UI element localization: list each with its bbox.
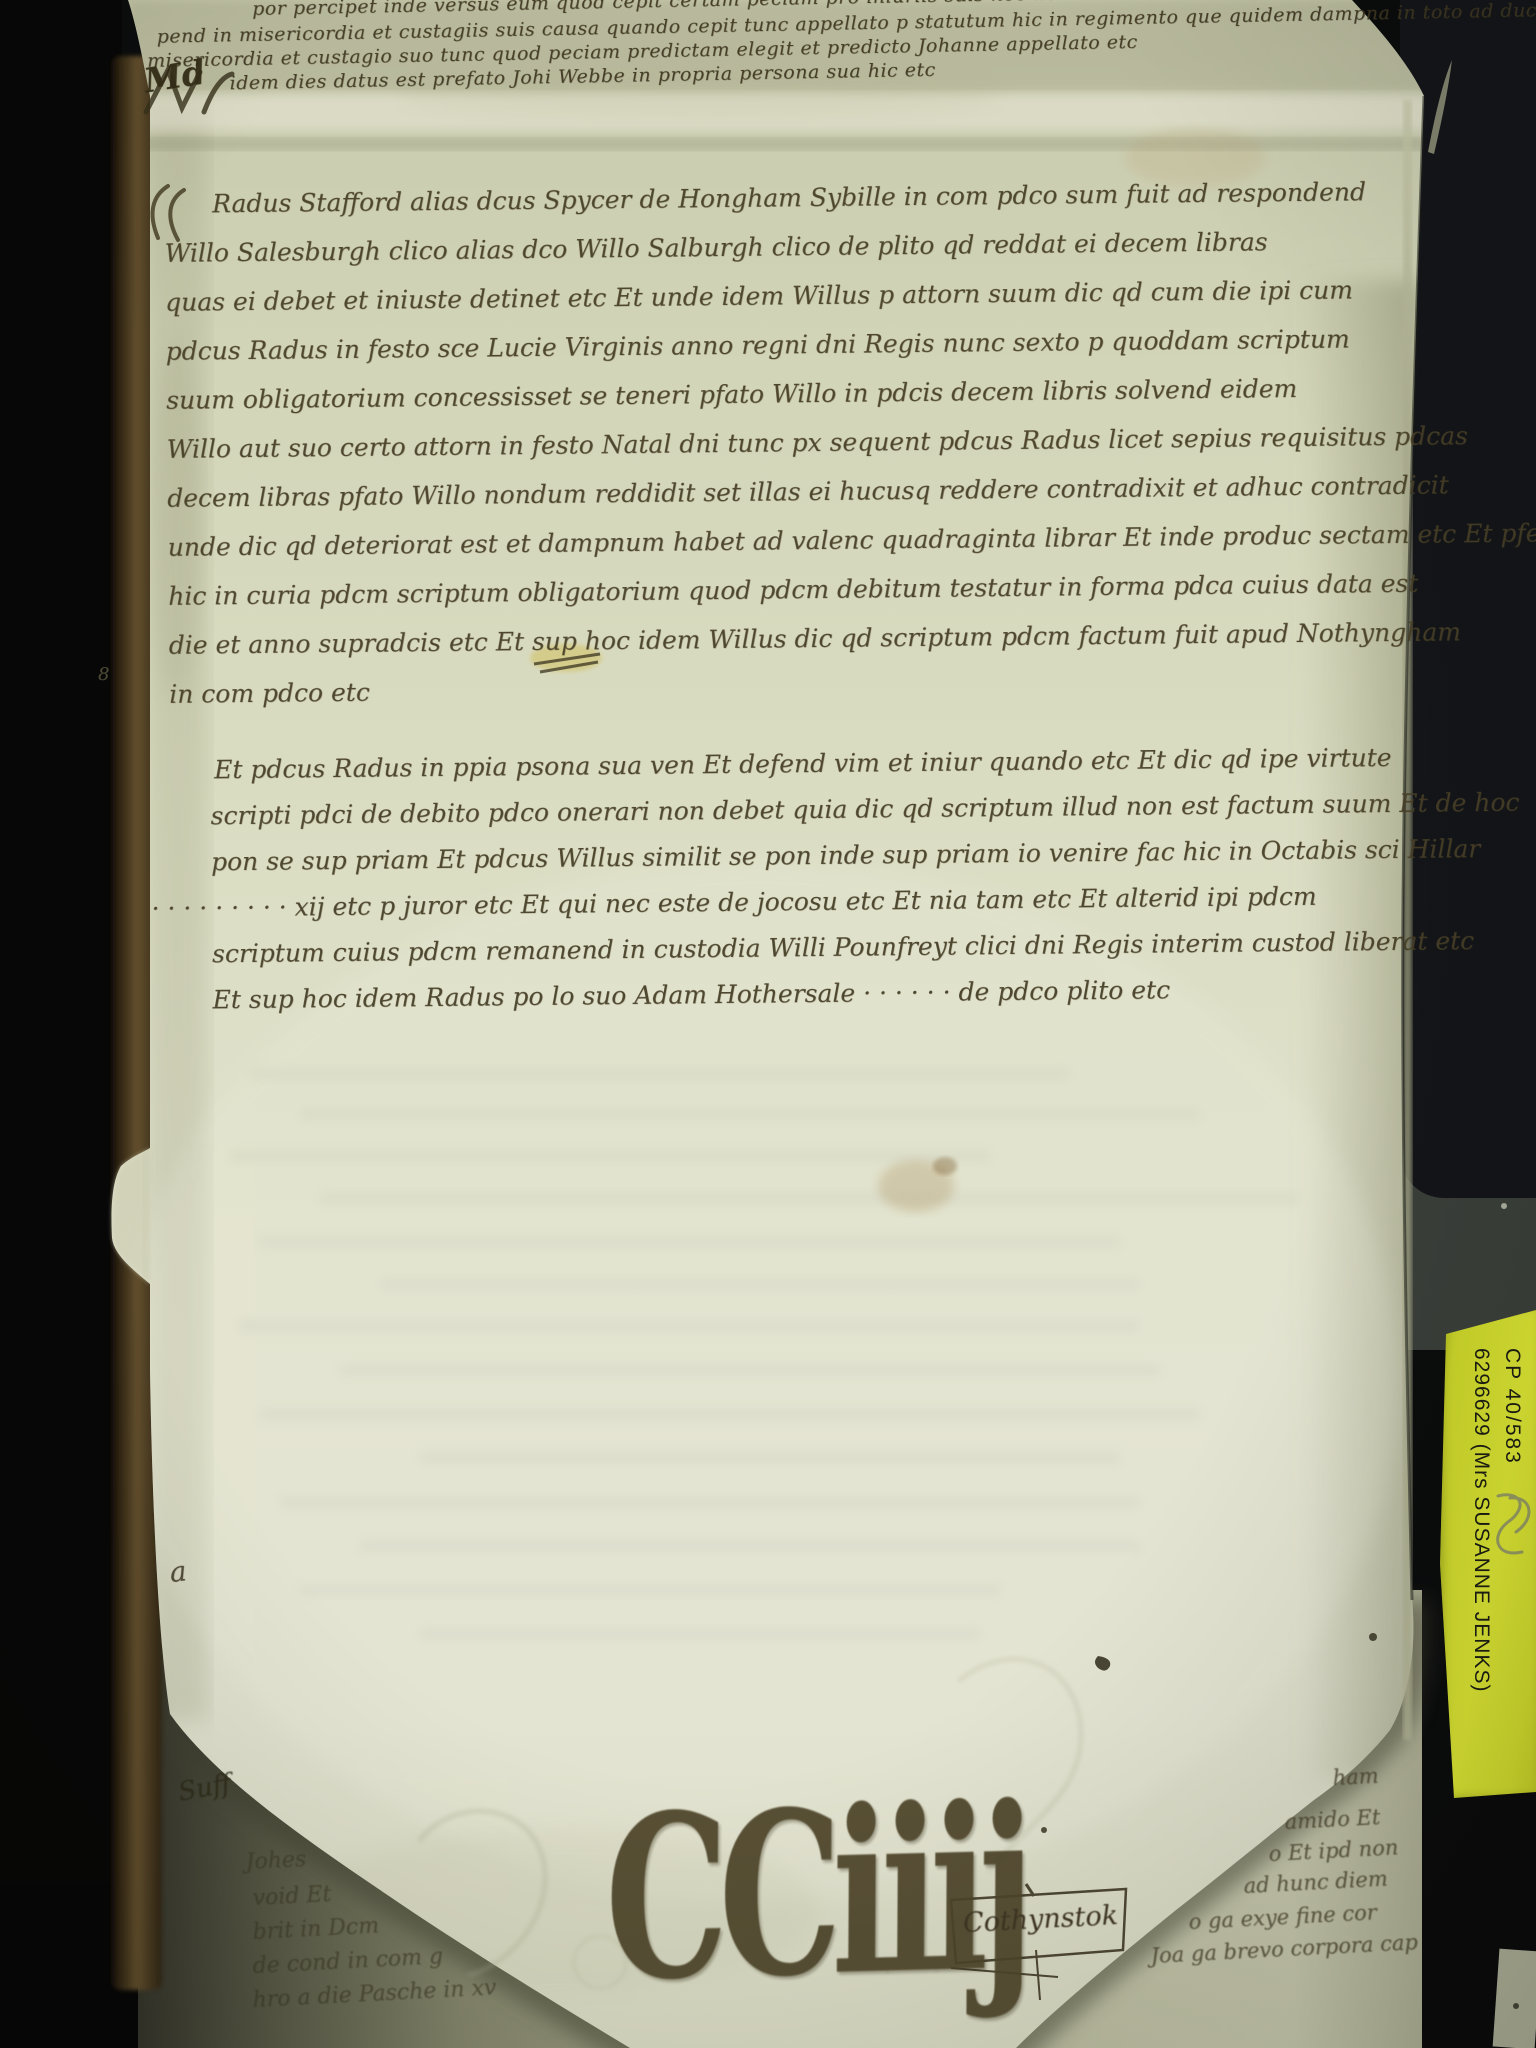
corner-membrane-streak [1428,60,1452,154]
manuscript-photo: por percipet inde versus eum quod cepit … [0,0,1536,2048]
gray-area-dot [1501,1203,1507,1209]
archive-sticky-note: CP 40/583 6296629 (Mrs SUSANNE JENKS) [1436,1306,1536,1798]
patch-speck [1513,2003,1519,2009]
stain [400,66,1000,118]
parchment-artwork [0,0,1536,2048]
stain [1125,128,1265,188]
stain [150,340,202,700]
pencil-mark [1488,1488,1532,1580]
